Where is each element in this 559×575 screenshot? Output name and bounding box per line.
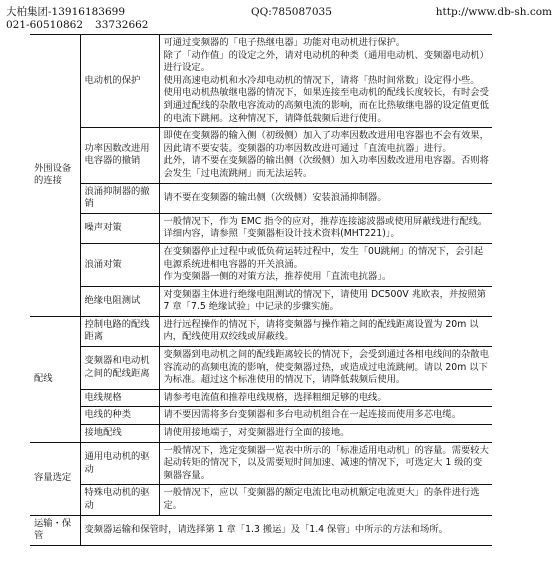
description-cell: 进行远程操作的情况下，请将变频器与操作箱之间的配线距离设置为 20m 以内，配线… <box>159 316 492 346</box>
merged-description-cell: 变频器运输和保管时，请选择第 1 章「1.3 搬运」及「1.4 保管」中所示的方… <box>80 515 492 545</box>
phone-number-1: 021-60510862 <box>6 19 83 31</box>
description-cell: 一般情况下，选定变频器一览表中所示的「标准适用电动机」的容量。需要较大起动转矩的… <box>159 442 492 485</box>
item-cell: 电线的种类 <box>80 407 159 425</box>
item-cell: 浪涌抑制器的撤销 <box>80 183 159 213</box>
table-row: 特殊电动机的驱动 一般情况下，应以「变频器的额定电流比电动机额定电流更大」的条件… <box>30 485 492 515</box>
table-row: 电线的种类 请不要因需将多台变频器和多台电动机组合在一起连接而使用多芯电缆。 <box>30 407 492 425</box>
description-cell: 在变频器停止过程中或低负荷运转过程中，发生「0U跳闸」的情况下，会引起电源系统进… <box>159 243 492 286</box>
description-paragraph: 一般情况下，作为 EMC 指令的应对，推荐连接滤波器或使用屏蔽线进行配线。 <box>164 216 490 229</box>
website-url: http://www.db-sh.com <box>436 6 552 19</box>
description-cell: 变频器到电动机之间的配线距离较长的情况下，会受到通过各相电线间的杂散电容流动的高… <box>159 347 492 390</box>
description-paragraph: 请参考电流值和推荐电线规格，选择粗细足够的电线。 <box>164 392 490 405</box>
table-row: 配线 控制电路的配线距离 进行远程操作的情况下，请将变频器与操作箱之间的配线距离… <box>30 316 492 346</box>
description-paragraph: 在变频器停止过程中或低负荷运转过程中，发生「0U跳闸」的情况下，会引起电源系统进… <box>164 246 490 271</box>
table-row: 浪涌对策 在变频器停止过程中或低负荷运转过程中，发生「0U跳闸」的情况下，会引起… <box>30 243 492 286</box>
description-cell: 请使用接地端子，对变频器进行全面的接地。 <box>159 425 492 443</box>
description-paragraph: 除了「动作值」的设定之外，请对电动机的种类（通用电动机、变频器电动机）进行设定。 <box>164 50 490 75</box>
item-cell: 噪声对策 <box>80 213 159 243</box>
description-paragraph: 请不要在变频器的输出侧（次级侧）安装浪涌抑制器。 <box>164 192 490 205</box>
table-row: 功率因数改进用电容器的撤销 即使在变频器的输入侧（初级侧）加入了功率因数改进用电… <box>30 128 492 183</box>
description-paragraph: 一般情况下，应以「变频器的额定电流比电动机额定电流更大」的条件进行选定。 <box>164 487 490 512</box>
description-cell: 对变频器主体进行绝缘电阻测试的情况下，请使用 DC500V 兆欧表，并按照第 7… <box>159 286 492 316</box>
item-cell: 电线规格 <box>80 389 159 407</box>
phone-number-2: 33732662 <box>95 19 148 31</box>
qq-number: QQ:785087035 <box>251 6 332 19</box>
description-paragraph: 使用高速电动机和水冷却电动机的情况下，请将「热时间常数」设定得小些。 <box>164 75 490 88</box>
description-paragraph: 变频器到电动机之间的配线距离较长的情况下，会受到通过各相电线间的杂散电容流动的高… <box>164 349 490 387</box>
description-paragraph: 对变频器主体进行绝缘电阻测试的情况下，请使用 DC500V 兆欧表，并按照第 7… <box>164 289 490 314</box>
description-cell: 可通过变频器的「电子热继电器」功能对电动机进行保护。 除了「动作值」的设定之外，… <box>159 35 492 128</box>
item-cell: 接地配线 <box>80 425 159 443</box>
page-header: 大柏集团-13916183699 QQ:785087035 http://www… <box>6 6 554 32</box>
table-row: 容量选定 通用电动机的驱动 一般情况下，选定变频器一览表中所示的「标准适用电动机… <box>30 442 492 485</box>
description-paragraph: 一般情况下，选定变频器一览表中所示的「标准适用电动机」的容量。需要较大起动转矩的… <box>164 445 490 483</box>
category-cell: 运输・保管 <box>30 515 80 545</box>
description-cell: 一般情况下，应以「变频器的额定电流比电动机额定电流更大」的条件进行选定。 <box>159 485 492 515</box>
description-paragraph: 即使在变频器的输入侧（初级侧）加入了功率因数改进用电容器也不会有效果，因此请不要… <box>164 130 490 155</box>
table-row: 变频器和电动机之间的配线距离 变频器到电动机之间的配线距离较长的情况下，会受到通… <box>30 347 492 390</box>
description-paragraph: 详细内容，请参照「变频器柜设计技术资料(MHT221)」。 <box>164 228 490 241</box>
item-cell: 控制电路的配线距离 <box>80 316 159 346</box>
description-paragraph: 进行远程操作的情况下，请将变频器与操作箱之间的配线距离设置为 20m 以内，配线… <box>164 319 490 344</box>
table-row: 电线规格 请参考电流值和推荐电线规格，选择粗细足够的电线。 <box>30 389 492 407</box>
table-row: 浪涌抑制器的撤销 请不要在变频器的输出侧（次级侧）安装浪涌抑制器。 <box>30 183 492 213</box>
description-paragraph: 作为变频器一侧的对策方法，推荐使用「直流电抗器」。 <box>164 271 490 284</box>
description-paragraph: 请不要因需将多台变频器和多台电动机组合在一起连接而使用多芯电缆。 <box>164 409 490 422</box>
description-paragraph: 可通过变频器的「电子热继电器」功能对电动机进行保护。 <box>164 37 490 50</box>
item-cell: 变频器和电动机之间的配线距离 <box>80 347 159 390</box>
table-row: 外围设备的连接 电动机的保护 可通过变频器的「电子热继电器」功能对电动机进行保护… <box>30 35 492 128</box>
description-cell: 即使在变频器的输入侧（初级侧）加入了功率因数改进用电容器也不会有效果，因此请不要… <box>159 128 492 183</box>
description-cell: 请不要因需将多台变频器和多台电动机组合在一起连接而使用多芯电缆。 <box>159 407 492 425</box>
table-row: 绝缘电阻测试 对变频器主体进行绝缘电阻测试的情况下，请使用 DC500V 兆欧表… <box>30 286 492 316</box>
item-cell: 功率因数改进用电容器的撤销 <box>80 128 159 183</box>
description-paragraph: 请使用接地端子，对变频器进行全面的接地。 <box>164 427 490 440</box>
table-row: 噪声对策 一般情况下，作为 EMC 指令的应对，推荐连接滤波器或使用屏蔽线进行配… <box>30 213 492 243</box>
description-cell: 请不要在变频器的输出侧（次级侧）安装浪涌抑制器。 <box>159 183 492 213</box>
description-paragraph: 此外，请不要在变频器的输出侧（次级侧）加入功率因数改进用电容器。否则将会发生「过… <box>164 155 490 180</box>
item-cell: 特殊电动机的驱动 <box>80 485 159 515</box>
description-cell: 请参考电流值和推荐电线规格，选择粗细足够的电线。 <box>159 389 492 407</box>
category-cell: 配线 <box>30 316 80 442</box>
description-cell: 一般情况下，作为 EMC 指令的应对，推荐连接滤波器或使用屏蔽线进行配线。 详细… <box>159 213 492 243</box>
item-cell: 电动机的保护 <box>80 35 159 128</box>
table-row: 接地配线 请使用接地端子，对变频器进行全面的接地。 <box>30 425 492 443</box>
company-name: 大柏集团-13916183699 <box>6 6 125 19</box>
description-paragraph: 使用电动机热敏继电器的情况下，如果连接至电动机的配线长度较长，有时会受到通过配线… <box>164 87 490 125</box>
item-cell: 绝缘电阻测试 <box>80 286 159 316</box>
category-cell: 外围设备的连接 <box>30 35 80 317</box>
item-cell: 浪涌对策 <box>80 243 159 286</box>
category-cell: 容量选定 <box>30 442 80 515</box>
table-row: 运输・保管 变频器运输和保管时，请选择第 1 章「1.3 搬运」及「1.4 保管… <box>30 515 492 545</box>
item-cell: 通用电动机的驱动 <box>80 442 159 485</box>
precautions-table: 外围设备的连接 电动机的保护 可通过变频器的「电子热继电器」功能对电动机进行保护… <box>30 34 492 546</box>
